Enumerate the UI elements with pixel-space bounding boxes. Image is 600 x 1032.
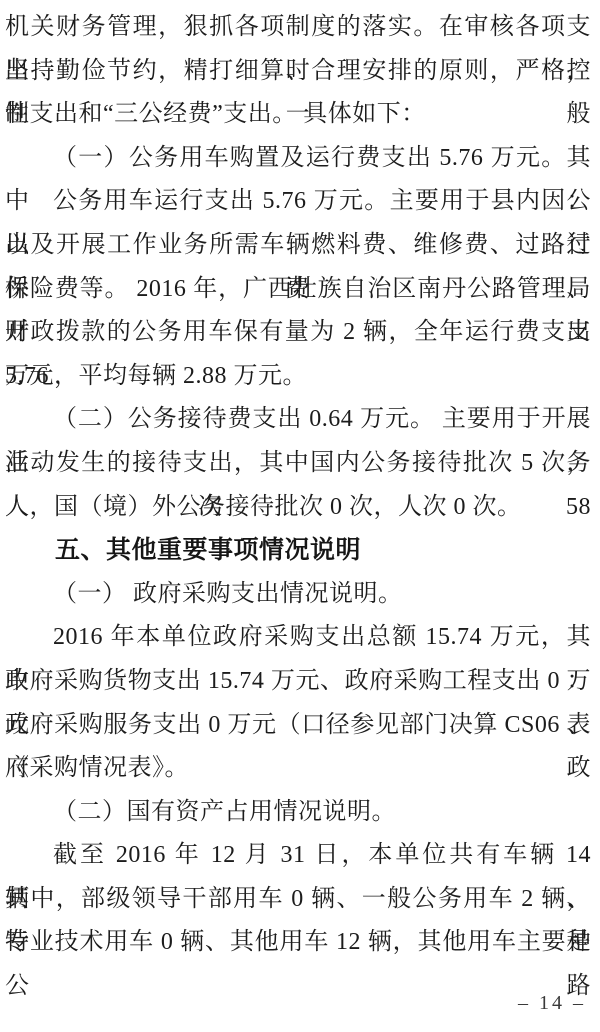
subsection-heading: （二）国有资产占用情况说明。 <box>5 791 591 835</box>
text-line: 政府采购服务支出 0 万元（口径参见部门决算 CS06 表《政 <box>5 704 591 748</box>
text-line: 公务用车运行支出 5.76 万元。主要用于县内因公出行 <box>5 180 591 224</box>
text-line: 财政拨款的公务用车保有量为 2 辆，全年运行费支出 5.76 <box>5 311 591 355</box>
text-line: 保险费等。 2016 年，广西壮族自治区南丹公路管理局开支 <box>5 268 591 312</box>
text-line: 政府采购货物支出 15.74 万元、政府采购工程支出 0 万元、 <box>5 660 591 704</box>
text-line: 其中，部级领导干部用车 0 辆、一般公务用车 2 辆、特种 <box>5 878 591 922</box>
text-line: 截至 2016 年 12 月 31 日，本单位共有车辆 14 辆， <box>5 834 591 878</box>
text-line: 2016 年本单位政府采购支出总额 15.74 万元，其中： <box>5 616 591 660</box>
document-page: 机关财务管理，狠抓各项制度的落实。在审核各项支出时， 坚持勤俭节约，精打细算、合… <box>5 6 591 965</box>
text-line: 以及开展工作业务所需车辆燃料费、维修费、过路过桥费、 <box>5 224 591 268</box>
text-line: 万元，平均每辆 2.88 万元。 <box>5 355 591 399</box>
section-heading: 五、其他重要事项情况说明 <box>5 529 591 573</box>
text-line: 专业技术用车 0 辆、其他用车 12 辆，其他用车主要是公路 <box>5 921 591 965</box>
text-line: 人，国（境）外公务接待批次 0 次，人次 0 次。 <box>5 486 591 530</box>
text-line: 坚持勤俭节约，精打细算、合理安排的原则，严格控制一般 <box>5 50 591 94</box>
text-line: 活动发生的接待支出，其中国内公务接待批次 5 次，人次 58 <box>5 442 591 486</box>
subsection-heading: （一） 政府采购支出情况说明。 <box>5 573 591 617</box>
text-line: （二）公务接待费支出 0.64 万元。 主要用于开展业务 <box>5 398 591 442</box>
text-line: （一）公务用车购置及运行费支出 5.76 万元。其中： <box>5 137 591 181</box>
page-number: – 14 – <box>518 992 586 1015</box>
text-line: 机关财务管理，狠抓各项制度的落实。在审核各项支出时， <box>5 6 591 50</box>
